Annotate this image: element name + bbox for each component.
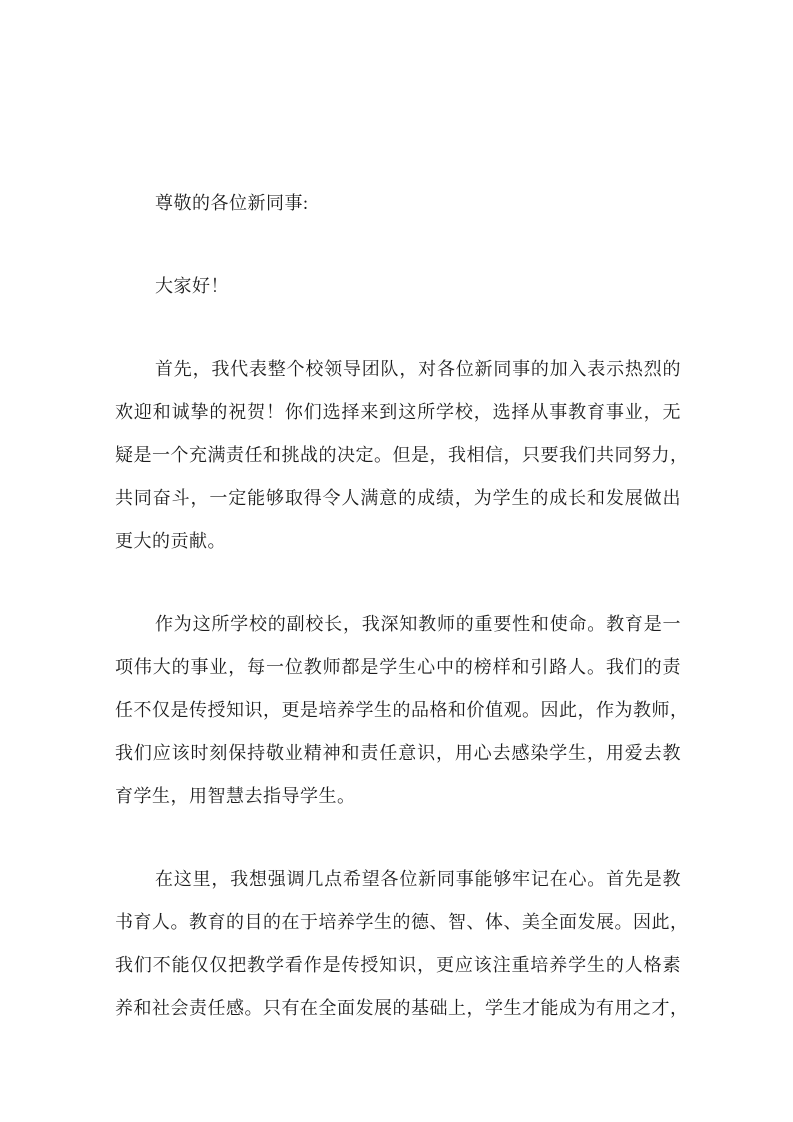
paragraph-salutation: 尊敬的各位新同事: xyxy=(115,182,681,225)
text-line: 我们不能仅仅把教学看作是传授知识，更应该注重培养学生的人格素 xyxy=(115,944,681,987)
paragraph-welcome: 首先，我代表整个校领导团队，对各位新同事的加入表示热烈的 欢迎和诚挚的祝贺！你们… xyxy=(115,348,681,563)
paragraph-mission: 作为这所学校的副校长，我深知教师的重要性和使命。教育是一 项伟大的事业，每一位教… xyxy=(115,603,681,818)
document-page: 尊敬的各位新同事: 大家好！ 首先，我代表整个校领导团队，对各位新同事的加入表示… xyxy=(115,182,681,1030)
text-line: 欢迎和诚挚的祝贺！你们选择来到这所学校，选择从事教育事业，无 xyxy=(115,391,681,434)
text-line: 首先，我代表整个校领导团队，对各位新同事的加入表示热烈的 xyxy=(115,348,681,391)
text-line: 养和社会责任感。只有在全面发展的基础上，学生才能成为有用之才， xyxy=(115,987,681,1030)
text-line: 共同奋斗，一定能够取得令人满意的成绩，为学生的成长和发展做出 xyxy=(115,477,681,520)
paragraph-greeting: 大家好！ xyxy=(115,265,681,308)
text-line: 书育人。教育的目的在于培养学生的德、智、体、美全面发展。因此， xyxy=(115,901,681,944)
paragraph-expectations: 在这里，我想强调几点希望各位新同事能够牢记在心。首先是教 书育人。教育的目的在于… xyxy=(115,858,681,1030)
text-line: 疑是一个充满责任和挑战的决定。但是，我相信，只要我们共同努力， xyxy=(115,434,681,477)
text-line: 尊敬的各位新同事: xyxy=(115,182,681,225)
text-line: 在这里，我想强调几点希望各位新同事能够牢记在心。首先是教 xyxy=(115,858,681,901)
text-line: 任不仅是传授知识，更是培养学生的品格和价值观。因此，作为教师， xyxy=(115,689,681,732)
text-line: 更大的贡献。 xyxy=(115,520,681,563)
text-line: 育学生，用智慧去指导学生。 xyxy=(115,775,681,818)
text-line: 我们应该时刻保持敬业精神和责任意识，用心去感染学生，用爱去教 xyxy=(115,732,681,775)
text-line: 作为这所学校的副校长，我深知教师的重要性和使命。教育是一 xyxy=(115,603,681,646)
text-line: 项伟大的事业，每一位教师都是学生心中的榜样和引路人。我们的责 xyxy=(115,646,681,689)
text-line: 大家好！ xyxy=(115,265,681,308)
